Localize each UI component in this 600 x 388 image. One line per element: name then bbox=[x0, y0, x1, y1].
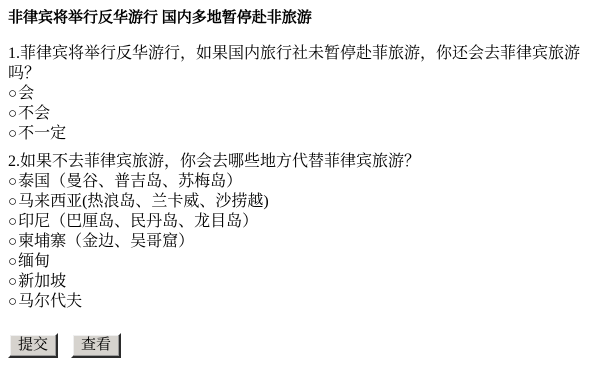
option-label: 不会 bbox=[18, 105, 50, 122]
question-text: 1.菲律宾将举行反华游行，如果国内旅行社未暂停赴菲旅游，你还会去菲律宾旅游吗？ bbox=[8, 44, 592, 84]
radio-option[interactable]: ○印尼（巴厘岛、民丹岛、龙目岛） bbox=[8, 212, 592, 232]
radio-icon[interactable]: ○ bbox=[8, 272, 17, 292]
survey-form: 1.菲律宾将举行反华游行，如果国内旅行社未暂停赴菲旅游，你还会去菲律宾旅游吗？○… bbox=[8, 44, 592, 312]
option-label: 会 bbox=[18, 85, 34, 102]
radio-icon[interactable]: ○ bbox=[8, 124, 17, 144]
radio-icon[interactable]: ○ bbox=[8, 84, 17, 104]
option-label: 新加坡 bbox=[18, 273, 66, 290]
option-label: 马来西亚(热浪岛、兰卡威、沙捞越) bbox=[18, 193, 269, 210]
radio-option[interactable]: ○柬埔寨（金边、吴哥窟） bbox=[8, 232, 592, 252]
radio-option[interactable]: ○缅甸 bbox=[8, 252, 592, 272]
question-text: 2.如果不去菲律宾旅游，你会去哪些地方代替菲律宾旅游？ bbox=[8, 152, 592, 172]
submit-button[interactable]: 提交 bbox=[8, 333, 58, 358]
poll-page: { "page": { "title": "非律宾将举行反华游行 国内多地暂停赴… bbox=[0, 0, 600, 388]
radio-option[interactable]: ○会 bbox=[8, 84, 592, 104]
question-block: 1.菲律宾将举行反华游行，如果国内旅行社未暂停赴菲旅游，你还会去菲律宾旅游吗？○… bbox=[8, 44, 592, 144]
radio-icon[interactable]: ○ bbox=[8, 104, 17, 124]
radio-icon[interactable]: ○ bbox=[8, 172, 17, 192]
radio-option[interactable]: ○新加坡 bbox=[8, 272, 592, 292]
option-label: 泰国（曼谷、普吉岛、苏梅岛） bbox=[18, 173, 242, 190]
option-label: 柬埔寨（金边、吴哥窟） bbox=[18, 233, 194, 250]
radio-icon[interactable]: ○ bbox=[8, 212, 17, 232]
radio-icon[interactable]: ○ bbox=[8, 292, 17, 312]
page-title: 非律宾将举行反华游行 国内多地暂停赴非旅游 bbox=[8, 10, 592, 27]
option-label: 不一定 bbox=[18, 125, 66, 142]
radio-option[interactable]: ○马来西亚(热浪岛、兰卡威、沙捞越) bbox=[8, 192, 592, 212]
form-actions: 提交 查看 bbox=[8, 333, 592, 358]
radio-option[interactable]: ○泰国（曼谷、普吉岛、苏梅岛） bbox=[8, 172, 592, 192]
option-label: 缅甸 bbox=[18, 253, 50, 270]
option-label: 马尔代夫 bbox=[18, 293, 82, 310]
radio-option[interactable]: ○马尔代夫 bbox=[8, 292, 592, 312]
option-label: 印尼（巴厘岛、民丹岛、龙目岛） bbox=[18, 213, 258, 230]
question-block: 2.如果不去菲律宾旅游，你会去哪些地方代替菲律宾旅游？○泰国（曼谷、普吉岛、苏梅… bbox=[8, 152, 592, 312]
radio-icon[interactable]: ○ bbox=[8, 232, 17, 252]
radio-option[interactable]: ○不会 bbox=[8, 104, 592, 124]
radio-icon[interactable]: ○ bbox=[8, 192, 17, 212]
view-results-button[interactable]: 查看 bbox=[71, 333, 121, 358]
radio-option[interactable]: ○不一定 bbox=[8, 124, 592, 144]
radio-icon[interactable]: ○ bbox=[8, 252, 17, 272]
